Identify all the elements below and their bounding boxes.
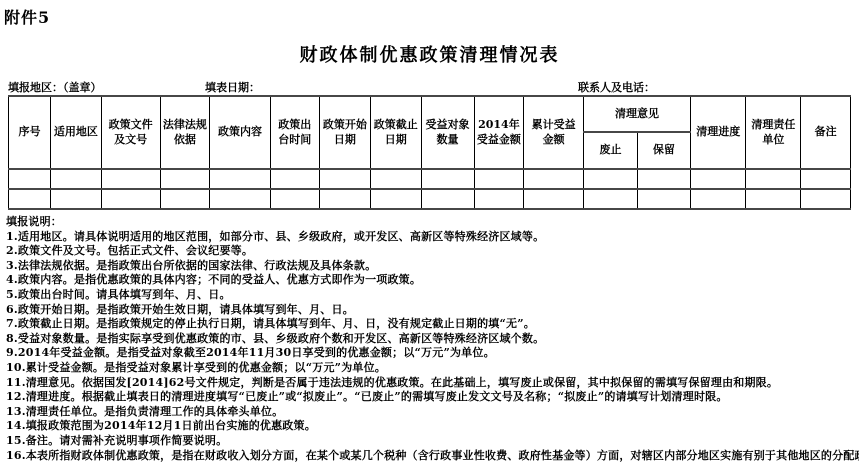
table-cell [524,189,584,209]
table-cell [637,189,690,209]
column-header-start-date: 政策开始日期 [319,96,370,169]
note-item: 15.备注。请对需补充说明事项作简要说明。 [6,434,851,449]
table-cell [746,189,801,209]
table-cell [210,169,271,189]
table-cell [319,169,370,189]
column-header-policy-document: 政策文件及文号 [101,96,160,169]
column-header-retain: 保留 [637,132,690,169]
note-item: 16.本表所指财政体制优惠政策，是指在财政收入划分方面，在某个或某几个税种（含行… [6,449,851,464]
table-cell [270,169,319,189]
column-header-clearance-opinion-group: 清理意见 [584,96,691,132]
table-cell [690,169,746,189]
table-cell [51,189,102,209]
page-title: 财政体制优惠政策清理情况表 [0,41,859,67]
column-header-legal-basis: 法律法规依据 [160,96,210,169]
table-cell [210,189,271,209]
column-header-issue-time: 政策出台时间 [270,96,319,169]
note-item: 14.填报政策范围为2014年12月1日前出台实施的优惠政策。 [6,419,851,434]
table-cell [51,169,102,189]
table-cell [584,169,638,189]
form-meta-row: 填报地区：（盖章） 填表日期： 联系人及电话： [0,79,859,95]
table-cell [801,189,851,209]
note-item: 1.适用地区。请具体说明适用的地区范围，如部分市、县、乡级政府，或开发区、高新区… [6,230,851,245]
table-row [9,189,851,209]
note-item: 6.政策开始日期。是指政策开始生效日期，请具体填写到年、月、日。 [6,303,851,318]
note-item: 4.政策内容。是指优惠政策的具体内容；不同的受益人、优惠方式即作为一项政策。 [6,273,851,288]
table-cell [270,189,319,209]
date-label: 填表日期： [205,79,260,95]
column-header-beneficiary-count: 受益对象数量 [421,96,474,169]
column-header-responsible-unit: 清理责任单位 [746,96,801,169]
table-cell [801,169,851,189]
note-item: 13.清理责任单位。是指负责清理工作的具体牵头单位。 [6,405,851,420]
table-cell [690,189,746,209]
notes-heading: 填报说明： [6,215,851,230]
table-cell [101,189,160,209]
contact-label: 联系人及电话： [578,79,655,95]
table-cell [9,189,51,209]
table-cell [474,169,524,189]
column-header-end-date: 政策截止日期 [371,96,422,169]
table-cell [474,189,524,209]
note-item: 3.法律法规依据。是指政策出台所依据的国家法律、行政法规及具体条款。 [6,259,851,274]
table-cell [746,169,801,189]
note-item: 12.清理进度。根据截止填表日的清理进度填写“已废止”或“拟废止”。“已废止”的… [6,390,851,405]
column-header-clearance-progress: 清理进度 [690,96,746,169]
note-item: 8.受益对象数量。是指实际享受到优惠政策的市、县、乡级政府个数和开发区、高新区等… [6,332,851,347]
table-cell [421,169,474,189]
table-cell [319,189,370,209]
note-item: 10.累计受益金额。是指受益对象累计享受到的优惠金额；以“万元”为单位。 [6,361,851,376]
table-cell [524,169,584,189]
filling-instructions: 填报说明： 1.适用地区。请具体说明适用的地区范围，如部分市、县、乡级政府，或开… [6,215,851,463]
column-header-serial: 序号 [9,96,51,169]
note-item: 2.政策文件及文号。包括正式文件、会议纪要等。 [6,244,851,259]
note-item: 7.政策截止日期。是指政策规定的停止执行日期，请具体填写到年、月、日，没有规定截… [6,317,851,332]
note-item: 9.2014年受益金额。是指受益对象截至2014年11月30日享受到的优惠金额；… [6,346,851,361]
table-cell [637,169,690,189]
table-cell [101,169,160,189]
table-cell [584,189,638,209]
table-cell [160,169,210,189]
table-cell [371,189,422,209]
note-item: 11.清理意见。依据国发[2014]62号文件规定，判断是否属于违法违规的优惠政… [6,376,851,391]
policy-clearance-table: 序号 适用地区 政策文件及文号 法律法规依据 政策内容 政策出台时间 政策开始日… [8,95,851,210]
note-item: 5.政策出台时间。请具体填写到年、月、日。 [6,288,851,303]
table-cell [160,189,210,209]
column-header-cumulative-benefit-amount: 累计受益金额 [524,96,584,169]
table-row [9,169,851,189]
column-header-remarks: 备注 [801,96,851,169]
table-cell [421,189,474,209]
table-cell [371,169,422,189]
column-header-policy-content: 政策内容 [210,96,271,169]
column-header-applicable-region: 适用地区 [51,96,102,169]
attachment-label: 附件5 [0,0,859,28]
column-header-abolish: 废止 [584,132,638,169]
table-cell [9,169,51,189]
region-label: 填报地区：（盖章） [8,79,102,95]
column-header-2014-benefit-amount: 2014年受益金额 [474,96,524,169]
